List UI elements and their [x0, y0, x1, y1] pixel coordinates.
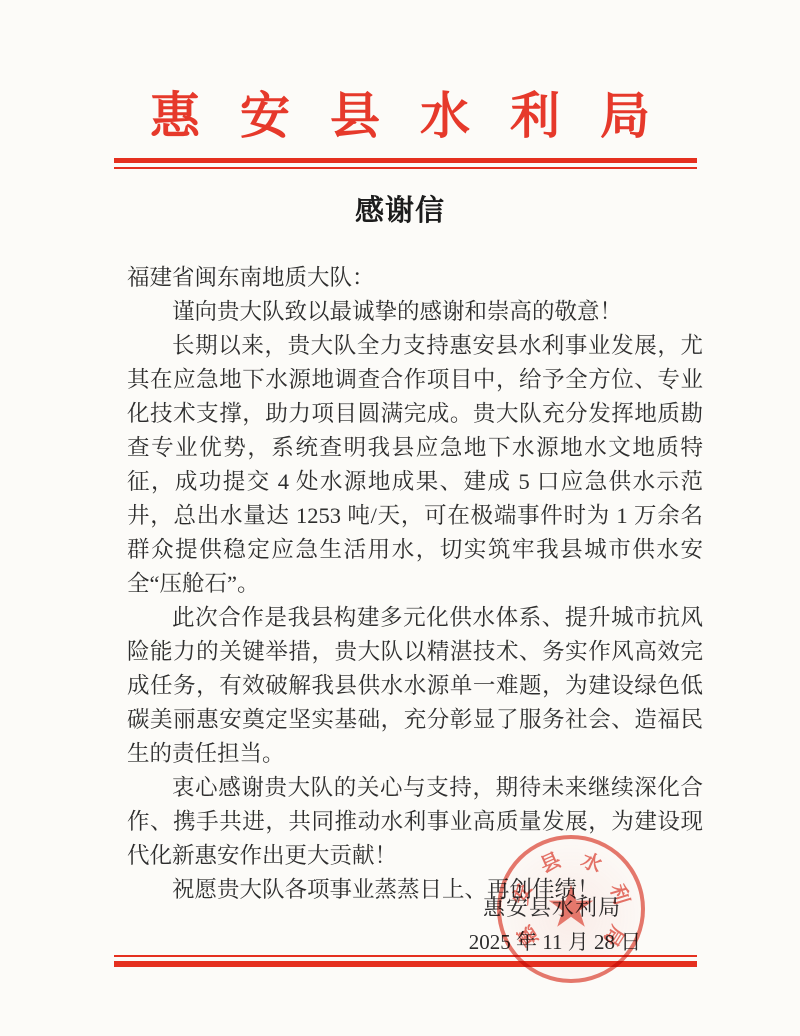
paragraph-project-results: 长期以来，贵大队全力支持惠安县水利事业发展，尤其在应急地下水源地调查合作项目中，… [127, 329, 703, 601]
header-divider [114, 158, 697, 169]
recipient-line: 福建省闽东南地质大队： [127, 261, 703, 295]
paragraph-greeting: 谨向贵大队致以最诚挚的感谢和崇高的敬意！ [127, 295, 703, 329]
letter-title: 感谢信 [0, 188, 800, 229]
seal-character: 利 [604, 879, 634, 909]
letterhead-org-name: 惠安县水利局 [0, 76, 800, 148]
letter-body: 福建省闽东南地质大队： 谨向贵大队致以最诚挚的感谢和崇高的敬意！ 长期以来，贵大… [127, 261, 703, 907]
letter-page: 惠安县水利局 感谢信 福建省闽东南地质大队： 谨向贵大队致以最诚挚的感谢和崇高的… [0, 0, 800, 1036]
header-divider-thin-line [114, 167, 697, 169]
official-seal: ★ 惠 安 县 水 利 局 [497, 835, 645, 983]
seal-star-icon: ★ [545, 878, 597, 936]
paragraph-cooperation-significance: 此次合作是我县构建多元化供水体系、提升城市抗风险能力的关键举措，贵大队以精湛技术… [127, 601, 703, 771]
seal-character: 惠 [512, 919, 545, 952]
seal-character: 局 [597, 919, 630, 952]
seal-character: 安 [508, 879, 538, 909]
